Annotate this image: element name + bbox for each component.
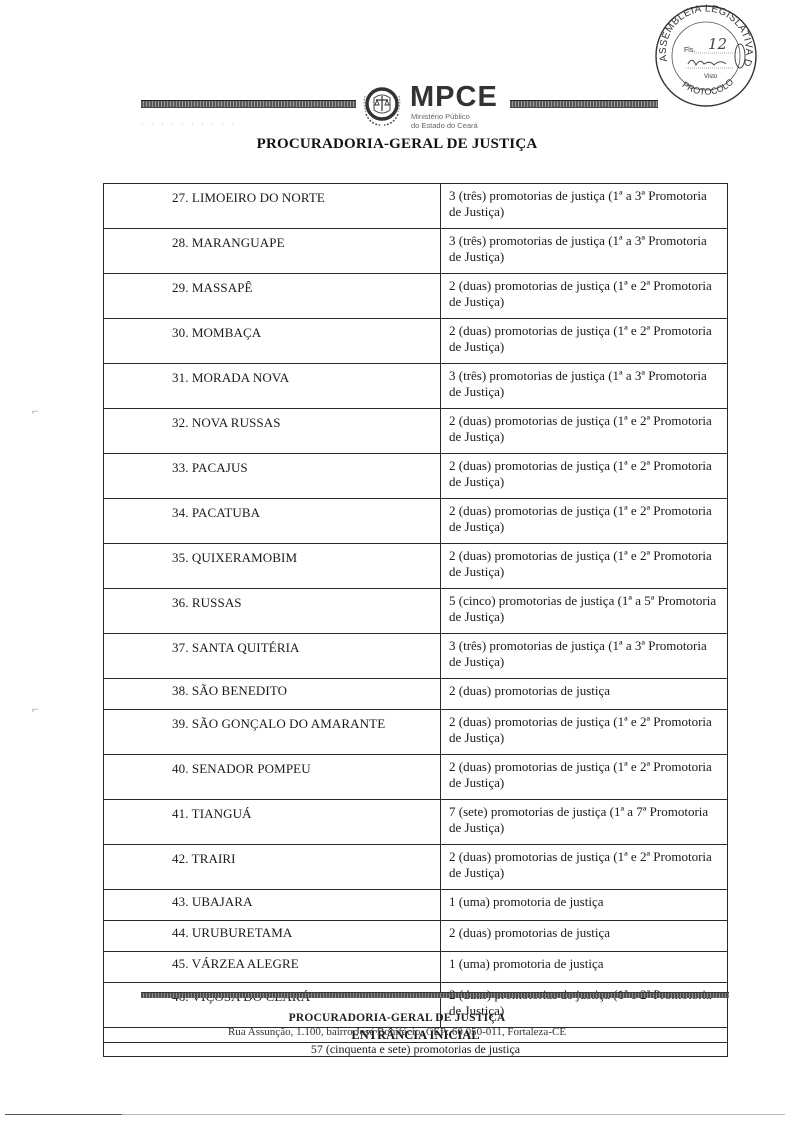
promotorias-cell: 2 (duas) promotorias de justiça xyxy=(441,921,728,952)
comarca-cell: 35. QUIXERAMOBIM xyxy=(104,544,441,589)
promotorias-table: 27. LIMOEIRO DO NORTE3 (três) promotoria… xyxy=(103,183,728,1057)
footer-title: PROCURADORIA-GERAL DE JUSTIÇA xyxy=(0,1012,794,1024)
comarca-cell: 43. UBAJARA xyxy=(104,890,441,921)
table-row: 34. PACATUBA2 (duas) promotorias de just… xyxy=(104,499,728,544)
table-row: 38. SÃO BENEDITO2 (duas) promotorias de … xyxy=(104,679,728,710)
table-row: 27. LIMOEIRO DO NORTE3 (três) promotoria… xyxy=(104,184,728,229)
table-row: 43. UBAJARA1 (uma) promotoria de justiça xyxy=(104,890,728,921)
logo-subtitle-2: do Estado do Ceará xyxy=(411,121,478,130)
promotorias-cell: 3 (três) promotorias de justiça (1ª a 3ª… xyxy=(441,229,728,274)
scan-mark: ⌐ xyxy=(32,702,39,717)
table-row: 39. SÃO GONÇALO DO AMARANTE2 (duas) prom… xyxy=(104,710,728,755)
promotorias-cell: 3 (três) promotorias de justiça (1ª a 3ª… xyxy=(441,634,728,679)
mpce-logo: MPCE Ministério Público do Estado do Cea… xyxy=(360,84,510,134)
comarca-cell: 34. PACATUBA xyxy=(104,499,441,544)
table-row: 41. TIANGUÁ7 (sete) promotorias de justi… xyxy=(104,800,728,845)
promotorias-cell: 2 (duas) promotorias de justiça (1ª e 2ª… xyxy=(441,755,728,800)
comarca-cell: 32. NOVA RUSSAS xyxy=(104,409,441,454)
promotorias-cell: 2 (duas) promotorias de justiça (1ª e 2ª… xyxy=(441,454,728,499)
comarca-cell: 42. TRAIRI xyxy=(104,845,441,890)
section-total: 57 (cinquenta e sete) promotorias de jus… xyxy=(104,1043,728,1057)
comarca-cell: 36. RUSSAS xyxy=(104,589,441,634)
comarca-cell: 40. SENADOR POMPEU xyxy=(104,755,441,800)
logo-subtitle-1: Ministério Público xyxy=(411,112,470,121)
promotorias-cell: 2 (duas) promotorias de justiça (1ª e 2ª… xyxy=(441,845,728,890)
table-row: 40. SENADOR POMPEU2 (duas) promotorias d… xyxy=(104,755,728,800)
promotorias-cell: 2 (duas) promotorias de justiça (1ª e 2ª… xyxy=(441,710,728,755)
comarca-cell: 41. TIANGUÁ xyxy=(104,800,441,845)
promotorias-cell: 2 (duas) promotorias de justiça (1ª e 2ª… xyxy=(441,409,728,454)
promotorias-cell: 1 (uma) promotoria de justiça xyxy=(441,890,728,921)
comarca-cell: 33. PACAJUS xyxy=(104,454,441,499)
promotorias-cell: 3 (três) promotorias de justiça (1ª a 3ª… xyxy=(441,184,728,229)
header-rule-left xyxy=(141,100,356,108)
comarca-cell: 45. VÁRZEA ALEGRE xyxy=(104,952,441,983)
table-row: 44. URUBURETAMA2 (duas) promotorias de j… xyxy=(104,921,728,952)
logo-wordmark: MPCE xyxy=(410,81,498,114)
comarca-cell: 29. MASSAPÊ xyxy=(104,274,441,319)
svg-text:ASSEMBLEIA LEGISLATIVA DO CEAR: ASSEMBLEIA LEGISLATIVA DO CEARÁ xyxy=(652,2,754,68)
table-row: 45. VÁRZEA ALEGRE1 (uma) promotoria de j… xyxy=(104,952,728,983)
comarca-cell: 37. SANTA QUITÉRIA xyxy=(104,634,441,679)
table-row: 33. PACAJUS2 (duas) promotorias de justi… xyxy=(104,454,728,499)
table-row: 28. MARANGUAPE3 (três) promotorias de ju… xyxy=(104,229,728,274)
comarca-cell: 44. URUBURETAMA xyxy=(104,921,441,952)
table-row: 37. SANTA QUITÉRIA3 (três) promotorias d… xyxy=(104,634,728,679)
table-row: 31. MORADA NOVA3 (três) promotorias de j… xyxy=(104,364,728,409)
table-row: 30. MOMBAÇA2 (duas) promotorias de justi… xyxy=(104,319,728,364)
promotorias-cell: 2 (duas) promotorias de justiça (1ª e 2ª… xyxy=(441,544,728,589)
comarca-cell: 31. MORADA NOVA xyxy=(104,364,441,409)
comarca-cell: 27. LIMOEIRO DO NORTE xyxy=(104,184,441,229)
promotorias-cell: 1 (uma) promotoria de justiça xyxy=(441,952,728,983)
table-row: 42. TRAIRI2 (duas) promotorias de justiç… xyxy=(104,845,728,890)
stamp-visto-label: Visto xyxy=(704,74,718,80)
comarca-cell: 39. SÃO GONÇALO DO AMARANTE xyxy=(104,710,441,755)
stamp-page-number: 12 xyxy=(708,35,727,53)
promotorias-cell: 2 (duas) promotorias de justiça (1ª e 2ª… xyxy=(441,274,728,319)
stamp-fls-label: Fls. xyxy=(684,47,695,54)
promotorias-cell: 2 (duas) promotorias de justiça (1ª e 2ª… xyxy=(441,319,728,364)
promotorias-cell: 5 (cinco) promotorias de justiça (1ª a 5… xyxy=(441,589,728,634)
stamp-outer-text: ASSEMBLEIA LEGISLATIVA DO CEARÁ xyxy=(652,2,754,68)
footer-address: Rua Assunção, 1.100, bairro José Bonifác… xyxy=(0,1026,794,1038)
table-row: 32. NOVA RUSSAS2 (duas) promotorias de j… xyxy=(104,409,728,454)
page-header-title: PROCURADORIA-GERAL DE JUSTIÇA xyxy=(0,136,794,153)
promotorias-cell: 3 (três) promotorias de justiça (1ª a 3ª… xyxy=(441,364,728,409)
protocol-stamp-icon: ASSEMBLEIA LEGISLATIVA DO CEARÁ PROTOCOL… xyxy=(652,2,760,110)
table-row: 29. MASSAPÊ2 (duas) promotorias de justi… xyxy=(104,274,728,319)
comarca-cell: 28. MARANGUAPE xyxy=(104,229,441,274)
promotorias-cell: 7 (sete) promotorias de justiça (1ª a 7ª… xyxy=(441,800,728,845)
comarca-cell: 38. SÃO BENEDITO xyxy=(104,679,441,710)
table-row: 36. RUSSAS5 (cinco) promotorias de justi… xyxy=(104,589,728,634)
comarca-cell: 30. MOMBAÇA xyxy=(104,319,441,364)
footer-rule xyxy=(141,992,729,998)
scan-mark: ⌐ xyxy=(32,404,39,419)
page-edge-line xyxy=(5,1114,785,1115)
header-rule-right xyxy=(510,100,658,108)
justice-scales-emblem-icon xyxy=(360,84,404,128)
table-row: 35. QUIXERAMOBIM2 (duas) promotorias de … xyxy=(104,544,728,589)
promotorias-cell: 2 (duas) promotorias de justiça (1ª e 2ª… xyxy=(441,499,728,544)
scan-artifact: · · · · · · · · · · xyxy=(141,120,237,128)
promotorias-cell: 2 (duas) promotorias de justiça xyxy=(441,679,728,710)
